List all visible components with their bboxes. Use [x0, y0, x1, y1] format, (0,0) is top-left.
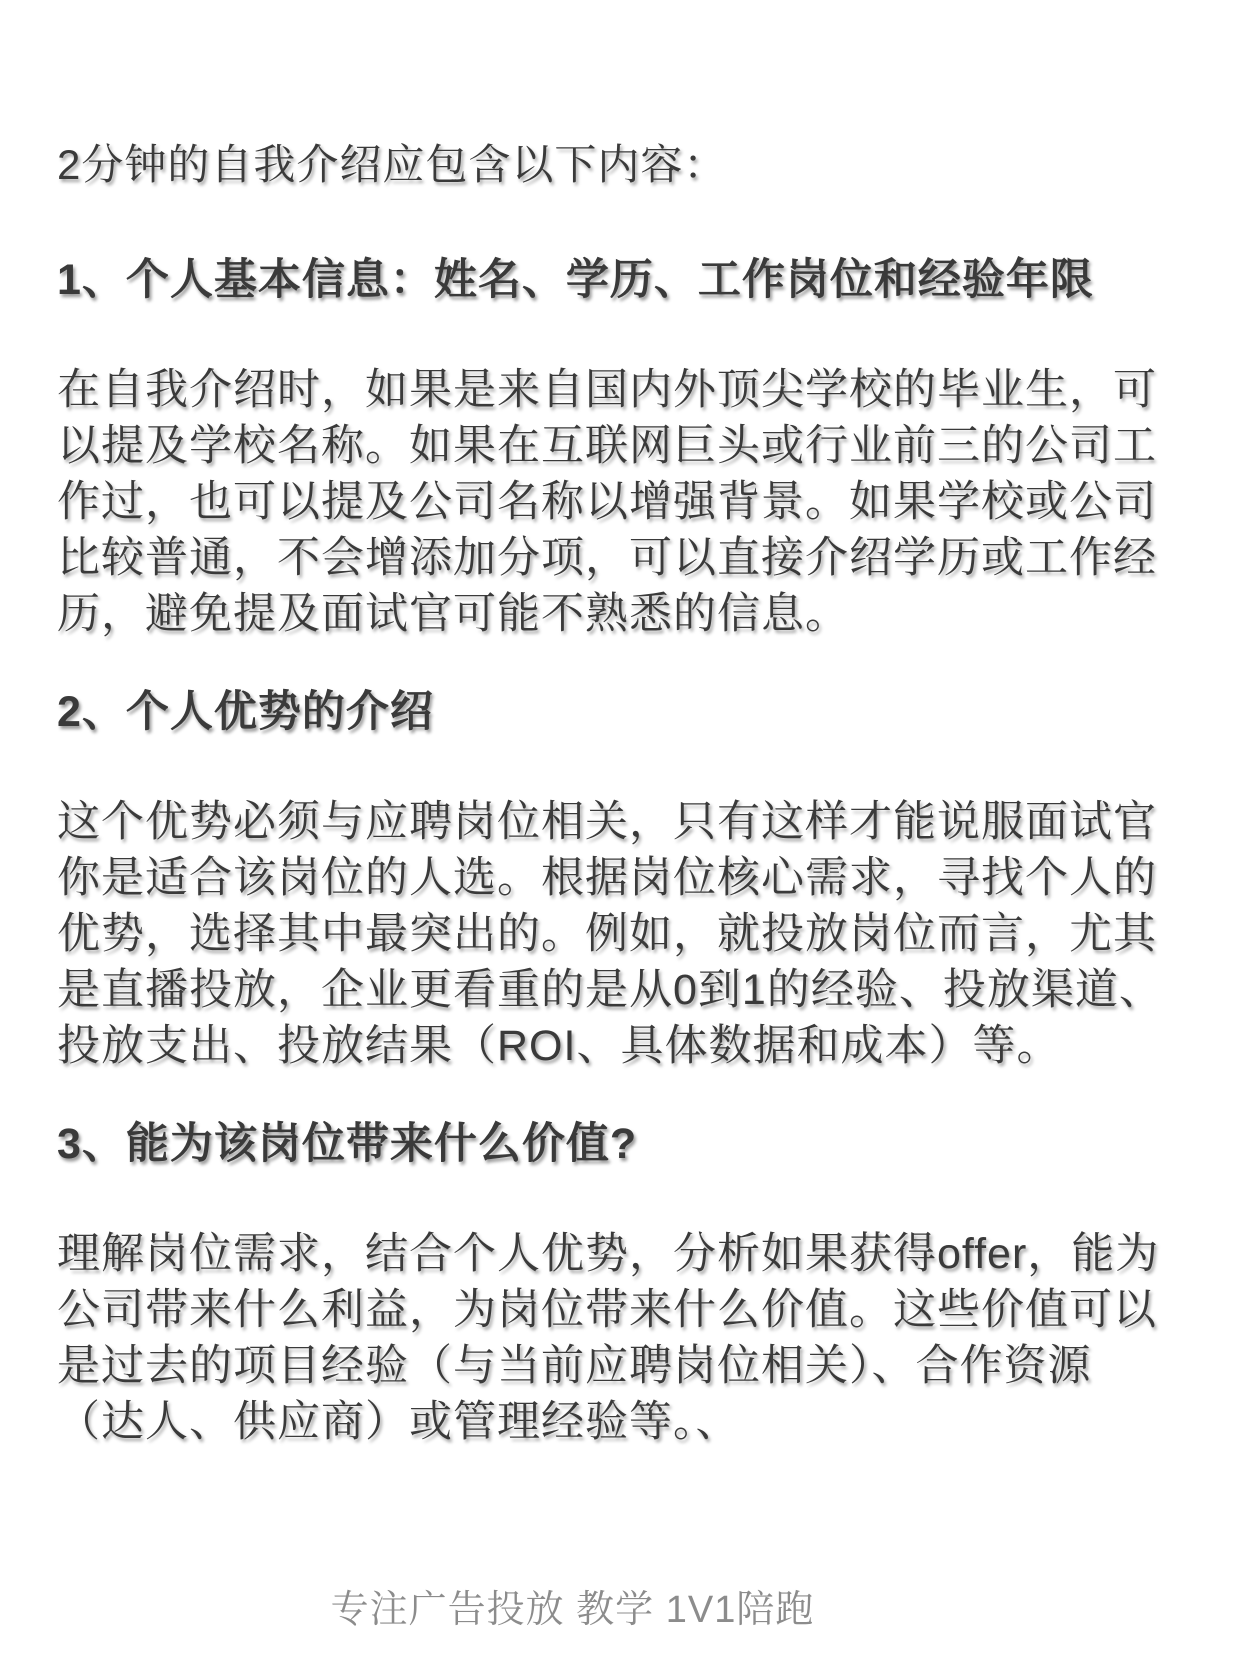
- section-personal-strengths-body: 这个优势必须与应聘岗位相关，只有这样才能说服面试官 你是适合该岗位的人选。根据岗…: [57, 794, 1185, 1074]
- section-personal-strengths-heading: 2、个人优势的介绍: [57, 686, 1185, 738]
- document-body: 2分钟的自我介绍应包含以下内容： 1、个人基本信息：姓名、学历、工作岗位和经验年…: [0, 0, 1245, 1450]
- section-basic-info-body: 在自我介绍时，如果是来自国内外顶尖学校的毕业生，可 以提及学校名称。如果在互联网…: [57, 362, 1185, 642]
- footer-tagline: 专注广告投放 教学 1V1陪跑: [0, 1588, 1245, 1632]
- section-value-to-role-body: 理解岗位需求，结合个人优势，分析如果获得offer，能为 公司带来什么利益，为岗…: [57, 1226, 1185, 1450]
- intro-line: 2分钟的自我介绍应包含以下内容：: [57, 140, 1185, 190]
- section-basic-info: 1、个人基本信息：姓名、学历、工作岗位和经验年限 在自我介绍时，如果是来自国内外…: [57, 254, 1185, 642]
- section-value-to-role: 3、能为该岗位带来什么价值? 理解岗位需求，结合个人优势，分析如果获得offer…: [57, 1118, 1185, 1450]
- section-value-to-role-heading: 3、能为该岗位带来什么价值?: [57, 1118, 1185, 1170]
- section-basic-info-heading: 1、个人基本信息：姓名、学历、工作岗位和经验年限: [57, 254, 1185, 306]
- section-personal-strengths: 2、个人优势的介绍 这个优势必须与应聘岗位相关，只有这样才能说服面试官 你是适合…: [57, 686, 1185, 1074]
